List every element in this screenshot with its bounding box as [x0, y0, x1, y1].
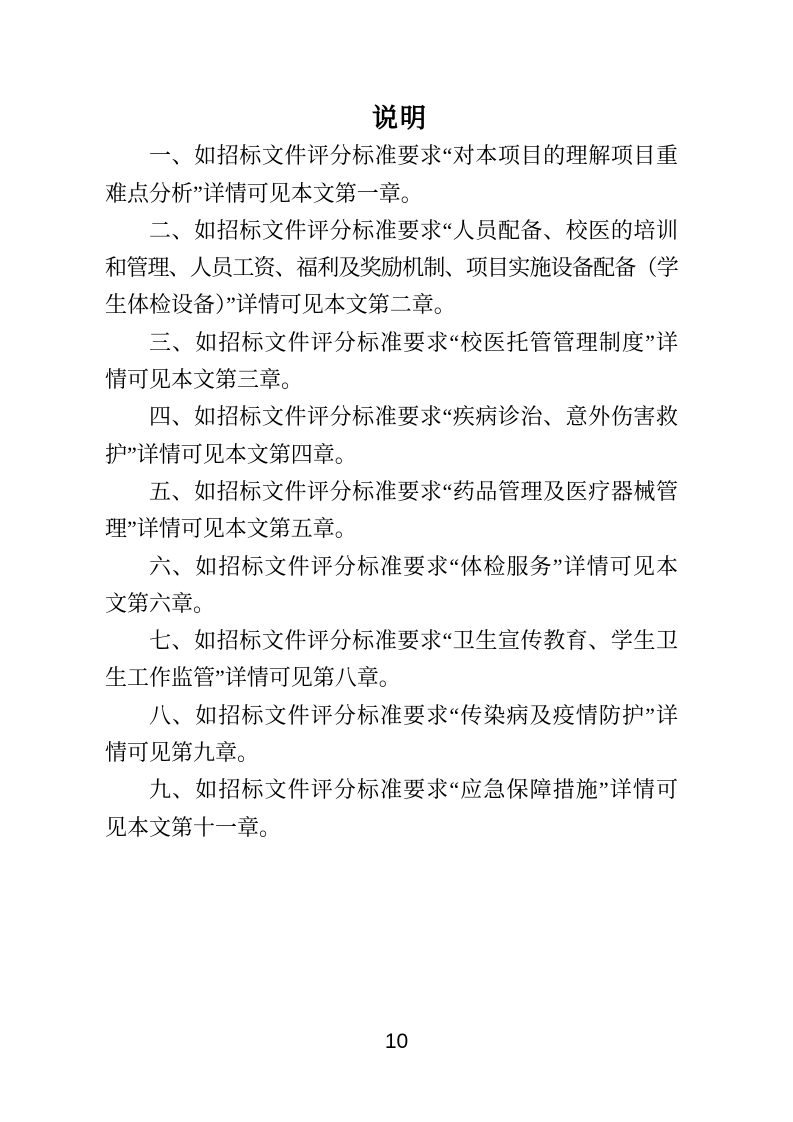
- text-line: 难点分析”详情可见本文第一章。: [105, 175, 678, 212]
- page-number: 10: [0, 1030, 793, 1054]
- text-line: 文第六章。: [105, 585, 678, 622]
- text-line: 五、如招标文件评分标准要求“药品管理及医疗器械管: [105, 473, 678, 510]
- text-line: 九、如招标文件评分标准要求“应急保障措施”详情可: [105, 771, 678, 808]
- text-line: 见本文第十一章。: [105, 809, 678, 846]
- document-body: 说明 一、如招标文件评分标准要求“对本项目的理解项目重 难点分析”详情可见本文第…: [105, 100, 678, 846]
- text-line: 八、如招标文件评分标准要求“传染病及疫情防护”详: [105, 697, 678, 734]
- text-line: 七、如招标文件评分标准要求“卫生宣传教育、学生卫: [105, 622, 678, 659]
- text-line: 一、如招标文件评分标准要求“对本项目的理解项目重: [105, 137, 678, 174]
- paragraph-4: 四、如招标文件评分标准要求“疾病诊治、意外伤害救 护”详情可见本文第四章。: [105, 398, 678, 473]
- text-line: 二、如招标文件评分标准要求“人员配备、校医的培训: [105, 212, 678, 249]
- text-line: 理”详情可见本文第五章。: [105, 510, 678, 547]
- paragraph-2: 二、如招标文件评分标准要求“人员配备、校医的培训 和管理、人员工资、福利及奖励机…: [105, 212, 678, 324]
- text-line: 情可见本文第三章。: [105, 361, 678, 398]
- document-page: 说明 一、如招标文件评分标准要求“对本项目的理解项目重 难点分析”详情可见本文第…: [0, 0, 793, 1122]
- text-line: 六、如招标文件评分标准要求“体检服务”详情可见本: [105, 548, 678, 585]
- paragraph-1: 一、如招标文件评分标准要求“对本项目的理解项目重 难点分析”详情可见本文第一章。: [105, 137, 678, 212]
- paragraph-9: 九、如招标文件评分标准要求“应急保障措施”详情可 见本文第十一章。: [105, 771, 678, 846]
- text-line: 和管理、人员工资、福利及奖励机制、项目实施设备配备（学: [105, 249, 678, 286]
- text-line: 三、如招标文件评分标准要求“校医托管管理制度”详: [105, 324, 678, 361]
- text-line: 四、如招标文件评分标准要求“疾病诊治、意外伤害救: [105, 398, 678, 435]
- text-line: 生体检设备）”详情可见本文第二章。: [105, 286, 678, 323]
- text-line: 生工作监管”详情可见第八章。: [105, 659, 678, 696]
- document-title: 说明: [105, 100, 678, 137]
- paragraph-5: 五、如招标文件评分标准要求“药品管理及医疗器械管 理”详情可见本文第五章。: [105, 473, 678, 548]
- paragraph-8: 八、如招标文件评分标准要求“传染病及疫情防护”详 情可见第九章。: [105, 697, 678, 772]
- paragraph-3: 三、如招标文件评分标准要求“校医托管管理制度”详 情可见本文第三章。: [105, 324, 678, 399]
- text-line: 护”详情可见本文第四章。: [105, 436, 678, 473]
- paragraph-7: 七、如招标文件评分标准要求“卫生宣传教育、学生卫 生工作监管”详情可见第八章。: [105, 622, 678, 697]
- paragraph-6: 六、如招标文件评分标准要求“体检服务”详情可见本 文第六章。: [105, 548, 678, 623]
- text-line: 情可见第九章。: [105, 734, 678, 771]
